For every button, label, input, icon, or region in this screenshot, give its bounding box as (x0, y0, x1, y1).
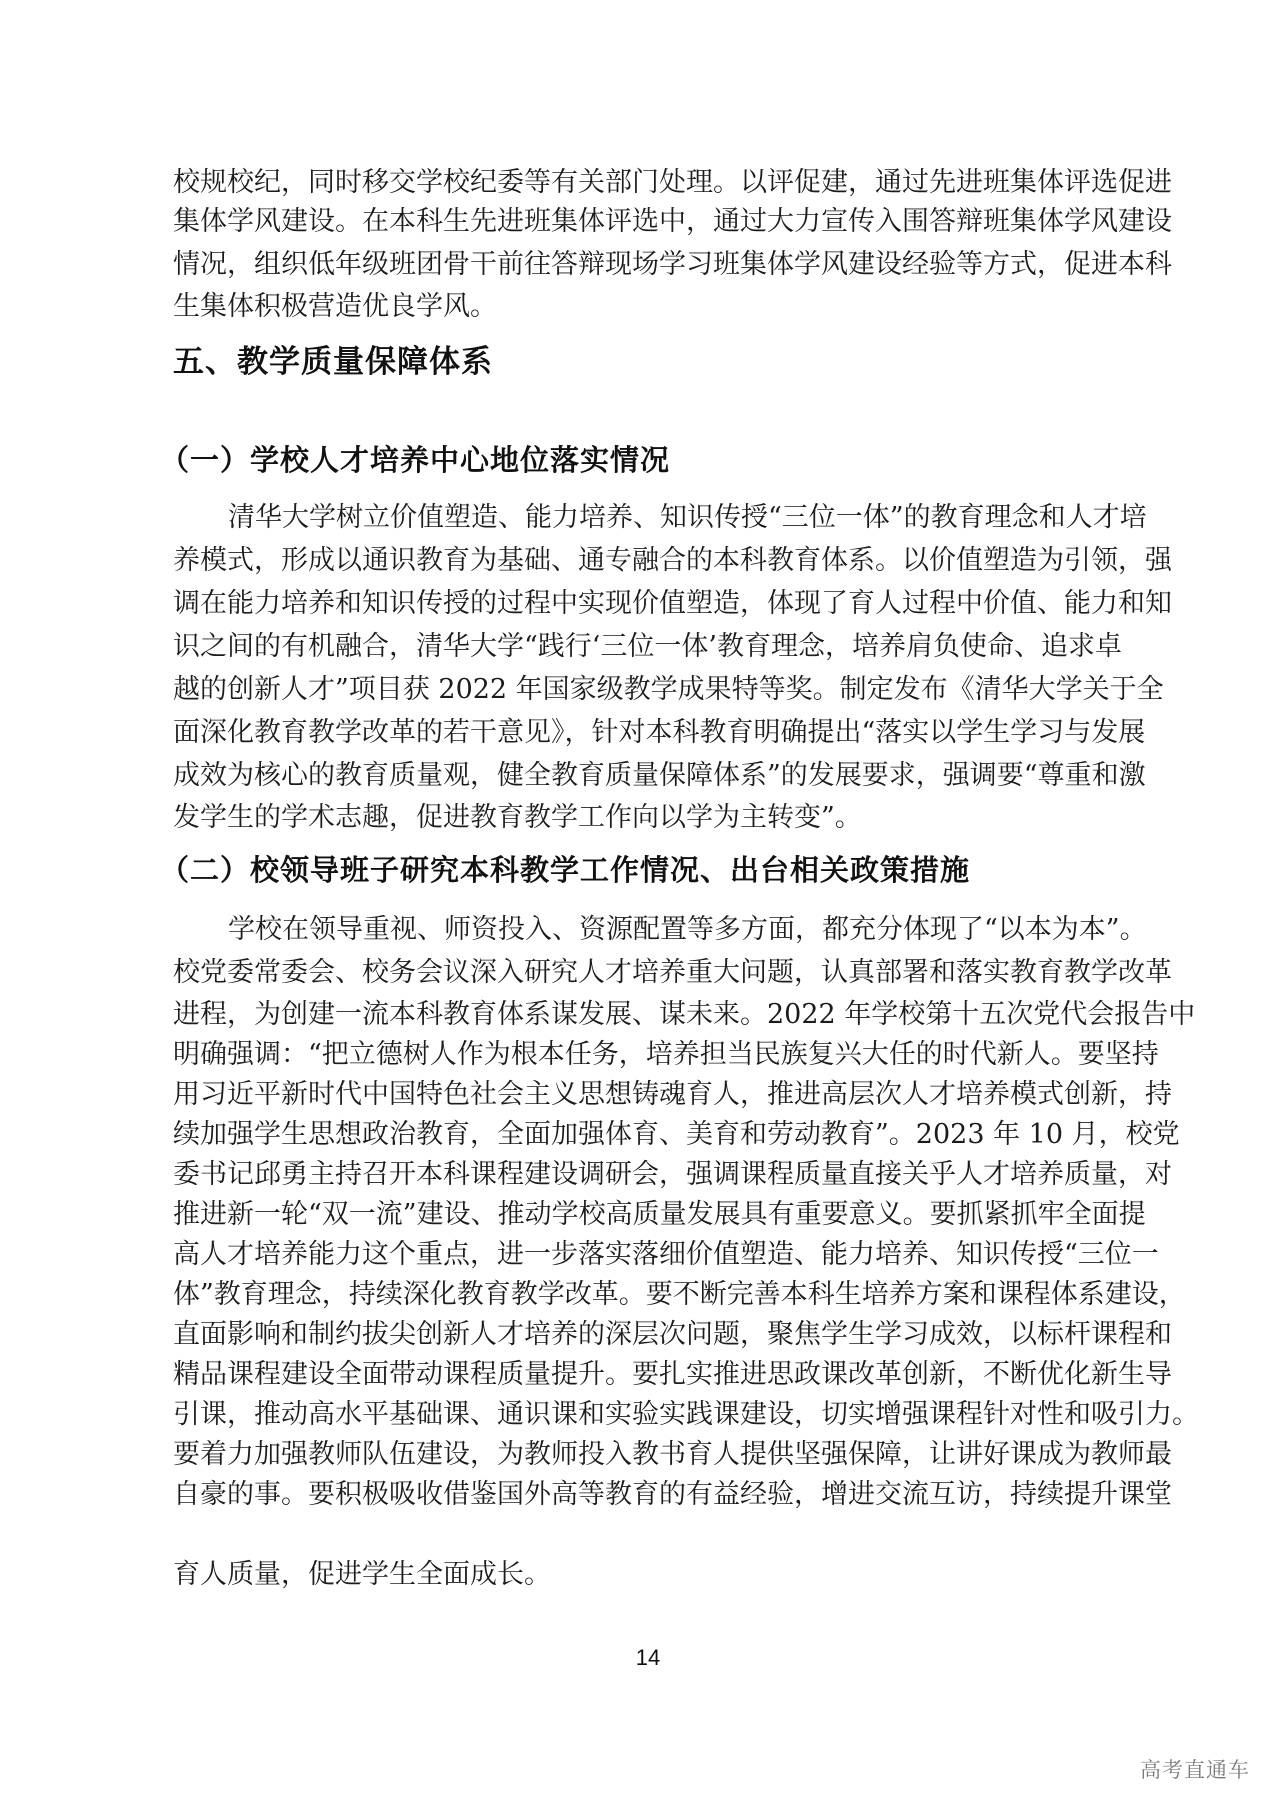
paragraph-line: 校规校纪，同时移交学校纪委等有关部门处理。以评促建，通过先进班集体评选促进 (173, 166, 1118, 200)
paragraph-line: 要着力加强教师队伍建设，为教师投入教书育人提供坚强保障，让讲好课成为教师最 (173, 1438, 1118, 1472)
paragraph-line: 情况，组织低年级班团骨干前往答辩现场学习班集体学风建设经验等方式，促进本科 (173, 248, 1118, 282)
paragraph-line: 进程，为创建一流本科教育体系谋发展、谋未来。2022 年学校第十五次党代会报告中 (173, 998, 1118, 1032)
paragraph-line: 成效为核心的教育质量观，健全教育质量保障体系”的发展要求，强调要“尊重和激 (173, 759, 1118, 793)
paragraph-line: 育人质量，促进学生全面成长。 (173, 1558, 1118, 1592)
section-heading: 五、教学质量保障体系 (173, 342, 493, 382)
paragraph-line: 调在能力培养和知识传授的过程中实现价值塑造，体现了育人过程中价值、能力和知 (173, 587, 1118, 621)
paragraph-line: 发学生的学术志趣，促进教育教学工作向以学为主转变”。 (173, 801, 1118, 835)
paragraph-line: 明确强调：“把立德树人作为根本任务，培养担当民族复兴大任的时代新人。要坚持 (173, 1038, 1118, 1072)
page-number: 14 (620, 1644, 676, 1672)
paragraph-line: 体”教育理念，持续深化教育教学改革。要不断完善本科生培养方案和课程体系建设， (173, 1278, 1118, 1312)
paragraph-line: 校党委常委会、校务会议深入研究人才培养重大问题，认真部署和落实教育教学改革 (173, 956, 1118, 990)
paragraph-line: 越的创新人才”项目获 2022 年国家级教学成果特等奖。制定发布《清华大学关于全 (173, 673, 1118, 707)
paragraph-line: 续加强学生思想政治教育，全面加强体育、美育和劳动教育”。2023 年 10 月，… (173, 1118, 1118, 1152)
subsection-heading-2: （二）校领导班子研究本科教学工作情况、出台相关政策措施 (160, 851, 970, 889)
paragraph-line: 引课，推动高水平基础课、通识课和实验实践课建设，切实增强课程针对性和吸引力。 (173, 1398, 1118, 1432)
paragraph-line: 清华大学树立价值塑造、能力培养、知识传授“三位一体”的教育理念和人才培 (173, 501, 1118, 535)
paragraph-line: 用习近平新时代中国特色社会主义思想铸魂育人，推进高层次人才培养模式创新，持 (173, 1078, 1118, 1112)
paragraph-line: 面深化教育教学改革的若干意见》，针对本科教育明确提出“落实以学生学习与发展 (173, 716, 1118, 750)
subsection-heading-1: （一）学校人才培养中心地位落实情况 (160, 441, 670, 479)
paragraph-line: 推进新一轮“双一流”建设、推动学校高质量发展具有重要意义。要抓紧抓牢全面提 (173, 1198, 1118, 1232)
document-page: 校规校纪，同时移交学校纪委等有关部门处理。以评促建，通过先进班集体评选促进 集体… (0, 0, 1280, 1810)
paragraph-line: 识之间的有机融合，清华大学“践行‘三位一体’教育理念，培养肩负使命、追求卓 (173, 630, 1118, 664)
watermark: 高考直通车 (1140, 1756, 1250, 1784)
paragraph-line: 委书记邱勇主持召开本科课程建设调研会，强调课程质量直接关乎人才培养质量，对 (173, 1158, 1118, 1192)
paragraph-line: 集体学风建设。在本科生先进班集体评选中，通过大力宣传入围答辩班集体学风建设 (173, 205, 1118, 239)
paragraph-line: 直面影响和制约拔尖创新人才培养的深层次问题，聚焦学生学习成效，以标杆课程和 (173, 1318, 1118, 1352)
paragraph-line: 精品课程建设全面带动课程质量提升。要扎实推进思政课改革创新，不断优化新生导 (173, 1358, 1118, 1392)
paragraph-line: 学校在领导重视、师资投入、资源配置等多方面，都充分体现了“以本为本”。 (173, 913, 1118, 947)
paragraph-line: 养模式，形成以通识教育为基础、通专融合的本科教育体系。以价值塑造为引领，强 (173, 544, 1118, 578)
paragraph-line: 自豪的事。要积极吸收借鉴国外高等教育的有益经验，增进交流互访，持续提升课堂 (173, 1478, 1118, 1512)
paragraph-line: 生集体积极营造优良学风。 (173, 290, 1118, 324)
paragraph-line: 高人才培养能力这个重点，进一步落实落细价值塑造、能力培养、知识传授“三位一 (173, 1238, 1118, 1272)
